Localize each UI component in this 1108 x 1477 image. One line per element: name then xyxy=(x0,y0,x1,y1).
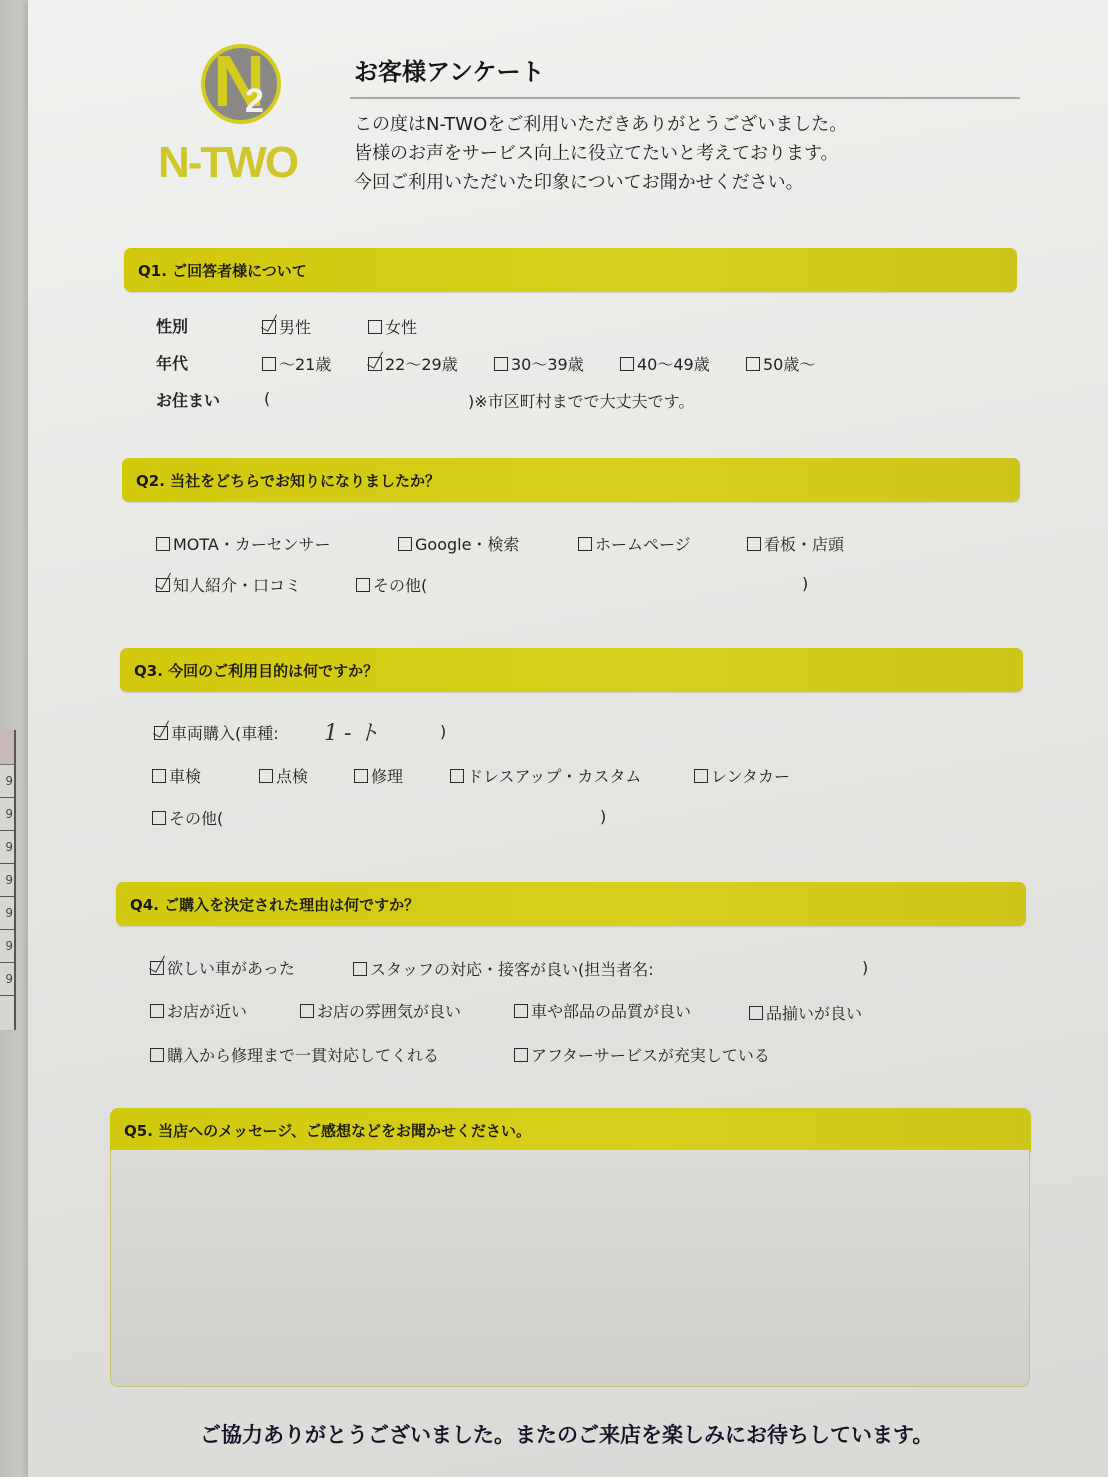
option-label: Google・検索 xyxy=(415,532,519,555)
source-option-referral[interactable]: 知人紹介・口コミ xyxy=(156,573,301,596)
option-label: 女性 xyxy=(385,315,417,338)
age-option-50plus[interactable]: 50歳～ xyxy=(746,352,815,375)
close-paren: ) xyxy=(600,807,606,826)
residence-field[interactable] xyxy=(280,389,466,409)
checkbox[interactable] xyxy=(354,769,368,783)
underlying-cell: 9 xyxy=(0,798,14,831)
underlying-cell: 9 xyxy=(0,864,14,897)
source-option-other[interactable]: その他( xyxy=(356,573,427,596)
checkbox[interactable] xyxy=(749,1006,763,1020)
option-label: 欲しい車があった xyxy=(167,956,295,979)
checkbox[interactable] xyxy=(262,357,276,371)
q1-title: Q1. ご回答者様について xyxy=(138,260,307,281)
intro-line: 皆様のお声をサービス向上に役立てたいと考えております。 xyxy=(354,139,847,168)
reason-option-after-service[interactable]: アフターサービスが充実している xyxy=(514,1043,770,1066)
checkbox-checked[interactable] xyxy=(150,961,164,975)
reason-option-nearby[interactable]: お店が近い xyxy=(150,999,247,1022)
reason-option-staff[interactable]: スタッフの対応・接客が良い(担当者名: xyxy=(353,957,654,980)
checkbox[interactable] xyxy=(150,1048,164,1062)
age-option-under21[interactable]: ～21歳 xyxy=(262,352,331,375)
checkbox[interactable] xyxy=(152,769,166,783)
logo-emblem: N 2 xyxy=(201,44,281,124)
checkbox[interactable] xyxy=(300,1004,314,1018)
q3-header: Q3. 今回のご利用目的は何ですか？ xyxy=(120,648,1023,692)
checkbox[interactable] xyxy=(259,769,273,783)
underlying-table: 9 9 9 9 9 9 9 xyxy=(0,730,16,1030)
underlying-cell: 9 xyxy=(0,897,14,930)
close-paren: ) xyxy=(862,958,868,977)
underlying-cell: 9 xyxy=(0,831,14,864)
option-label: お店の雰囲気が良い xyxy=(317,999,461,1022)
title-divider xyxy=(350,97,1020,99)
option-label: 30～39歳 xyxy=(511,352,584,375)
purpose-option-custom[interactable]: ドレスアップ・カスタム xyxy=(450,764,641,787)
option-label: お店が近い xyxy=(167,999,247,1022)
checkbox[interactable] xyxy=(514,1048,528,1062)
q3-title: Q3. 今回のご利用目的は何ですか？ xyxy=(134,660,378,681)
q5-header: Q5. 当店へのメッセージ、ご感想などをお聞かせください。 xyxy=(110,1108,1031,1152)
close-paren: ) xyxy=(440,722,446,741)
q4-header: Q4. ご購入を決定された理由は何ですか？ xyxy=(116,882,1026,926)
purpose-option-vehicle-purchase[interactable]: 車両購入(車種: xyxy=(154,721,279,744)
source-other-field[interactable] xyxy=(448,574,798,594)
underlying-cell: 9 xyxy=(0,930,14,963)
residence-note: )※市区町村までで大丈夫です。 xyxy=(468,389,694,412)
q1-header: Q1. ご回答者様について xyxy=(124,248,1017,292)
option-label: 車や部品の品質が良い xyxy=(531,999,691,1022)
option-label: 22～29歳 xyxy=(385,352,458,375)
option-label: 点検 xyxy=(276,764,308,787)
checkbox[interactable] xyxy=(694,769,708,783)
message-textarea[interactable] xyxy=(110,1150,1030,1387)
checkbox[interactable] xyxy=(746,357,760,371)
reason-option-atmosphere[interactable]: お店の雰囲気が良い xyxy=(300,999,461,1022)
purpose-other-field[interactable] xyxy=(242,807,592,827)
source-option-signboard[interactable]: 看板・店頭 xyxy=(747,532,844,555)
purpose-option-checkup[interactable]: 点検 xyxy=(259,764,308,787)
option-label: 看板・店頭 xyxy=(764,532,844,555)
option-label: 車検 xyxy=(169,764,201,787)
checkbox[interactable] xyxy=(620,357,634,371)
logo-wordmark: N-TWO xyxy=(158,138,297,188)
q2-title: Q2. 当社をどちらでお知りになりましたか？ xyxy=(136,470,440,491)
checkbox[interactable] xyxy=(152,811,166,825)
checkbox[interactable] xyxy=(156,537,170,551)
purpose-option-inspection-shaken[interactable]: 車検 xyxy=(152,764,201,787)
purpose-option-repair[interactable]: 修理 xyxy=(354,764,403,787)
reason-option-selection[interactable]: 品揃いが良い xyxy=(749,1001,862,1024)
option-label: ～21歳 xyxy=(279,352,331,375)
option-label: 40～49歳 xyxy=(637,352,710,375)
checkbox[interactable] xyxy=(514,1004,528,1018)
option-label: MOTA・カーセンサー xyxy=(173,532,331,555)
residence-label: お住まい xyxy=(156,388,220,411)
checkbox[interactable] xyxy=(450,769,464,783)
source-option-mota[interactable]: MOTA・カーセンサー xyxy=(156,532,331,555)
logo-mark-sub: 2 xyxy=(245,84,264,118)
underlying-table-header xyxy=(0,730,14,765)
page-title: お客様アンケート xyxy=(354,52,545,87)
underlying-cell: 9 xyxy=(0,765,14,798)
age-option-40-49[interactable]: 40～49歳 xyxy=(620,352,710,375)
q2-header: Q2. 当社をどちらでお知りになりましたか？ xyxy=(122,458,1020,502)
checkbox-checked[interactable] xyxy=(368,357,382,371)
option-label: 購入から修理まで一貫対応してくれる xyxy=(167,1043,439,1066)
reason-option-wanted-car[interactable]: 欲しい車があった xyxy=(150,956,295,979)
purpose-option-other[interactable]: その他( xyxy=(152,806,223,829)
purpose-option-rental[interactable]: レンタカー xyxy=(694,764,790,787)
option-label: アフターサービスが充実している xyxy=(531,1043,770,1066)
gender-female-option[interactable]: 女性 xyxy=(368,315,417,338)
checkbox-checked[interactable] xyxy=(156,578,170,592)
checkbox[interactable] xyxy=(150,1004,164,1018)
option-label: ホームページ xyxy=(595,532,691,555)
age-label: 年代 xyxy=(156,351,188,374)
checkbox[interactable] xyxy=(494,357,508,371)
survey-sheet: N 2 N-TWO お客様アンケート この度はN-TWOをご利用いただきありがと… xyxy=(28,0,1108,1477)
reason-option-one-stop[interactable]: 購入から修理まで一貫対応してくれる xyxy=(150,1043,439,1066)
option-label: その他( xyxy=(373,573,427,596)
residence-open-paren: ( xyxy=(264,389,270,408)
checkbox[interactable] xyxy=(398,537,412,551)
close-paren: ) xyxy=(802,574,808,593)
intro-line: 今回ご利用いただいた印象についてお聞かせください。 xyxy=(354,168,847,197)
option-label: ドレスアップ・カスタム xyxy=(467,764,641,787)
q4-title: Q4. ご購入を決定された理由は何ですか？ xyxy=(130,894,419,915)
gender-label: 性別 xyxy=(156,314,188,337)
underlying-cell: 9 xyxy=(0,963,14,996)
option-label: 品揃いが良い xyxy=(766,1001,862,1024)
vehicle-type-field[interactable]: 1-ト xyxy=(324,716,385,747)
checkbox[interactable] xyxy=(356,578,370,592)
checkbox[interactable] xyxy=(368,320,382,334)
source-option-google[interactable]: Google・検索 xyxy=(398,532,519,555)
checkbox-checked[interactable] xyxy=(154,726,168,740)
intro-line: この度はN-TWOをご利用いただきありがとうございました。 xyxy=(354,110,847,139)
reason-option-quality[interactable]: 車や部品の品質が良い xyxy=(514,999,691,1022)
thank-you-footer: ご協力ありがとうございました。またのご来店を楽しみにお待ちしています。 xyxy=(200,1419,933,1449)
checkbox[interactable] xyxy=(578,537,592,551)
checkbox[interactable] xyxy=(747,537,761,551)
gender-male-option[interactable]: 男性 xyxy=(262,315,311,338)
option-label: レンタカー xyxy=(711,764,790,787)
age-option-30-39[interactable]: 30～39歳 xyxy=(494,352,584,375)
option-label: 車両購入(車種: xyxy=(171,721,279,744)
age-option-22-29[interactable]: 22～29歳 xyxy=(368,352,458,375)
checkbox-checked[interactable] xyxy=(262,320,276,334)
staff-name-field[interactable] xyxy=(678,958,858,978)
option-label: その他( xyxy=(169,806,223,829)
n-two-logo-icon: N 2 N-TWO xyxy=(158,42,328,192)
source-option-homepage[interactable]: ホームページ xyxy=(578,532,691,555)
option-label: 知人紹介・口コミ xyxy=(173,573,301,596)
checkbox[interactable] xyxy=(353,962,367,976)
q5-title: Q5. 当店へのメッセージ、ご感想などをお聞かせください。 xyxy=(124,1120,531,1141)
option-label: スタッフの対応・接客が良い(担当者名: xyxy=(370,957,654,980)
option-label: 修理 xyxy=(371,764,403,787)
option-label: 50歳～ xyxy=(763,352,815,375)
intro-text: この度はN-TWOをご利用いただきありがとうございました。 皆様のお声をサービス… xyxy=(354,110,847,197)
option-label: 男性 xyxy=(279,315,311,338)
